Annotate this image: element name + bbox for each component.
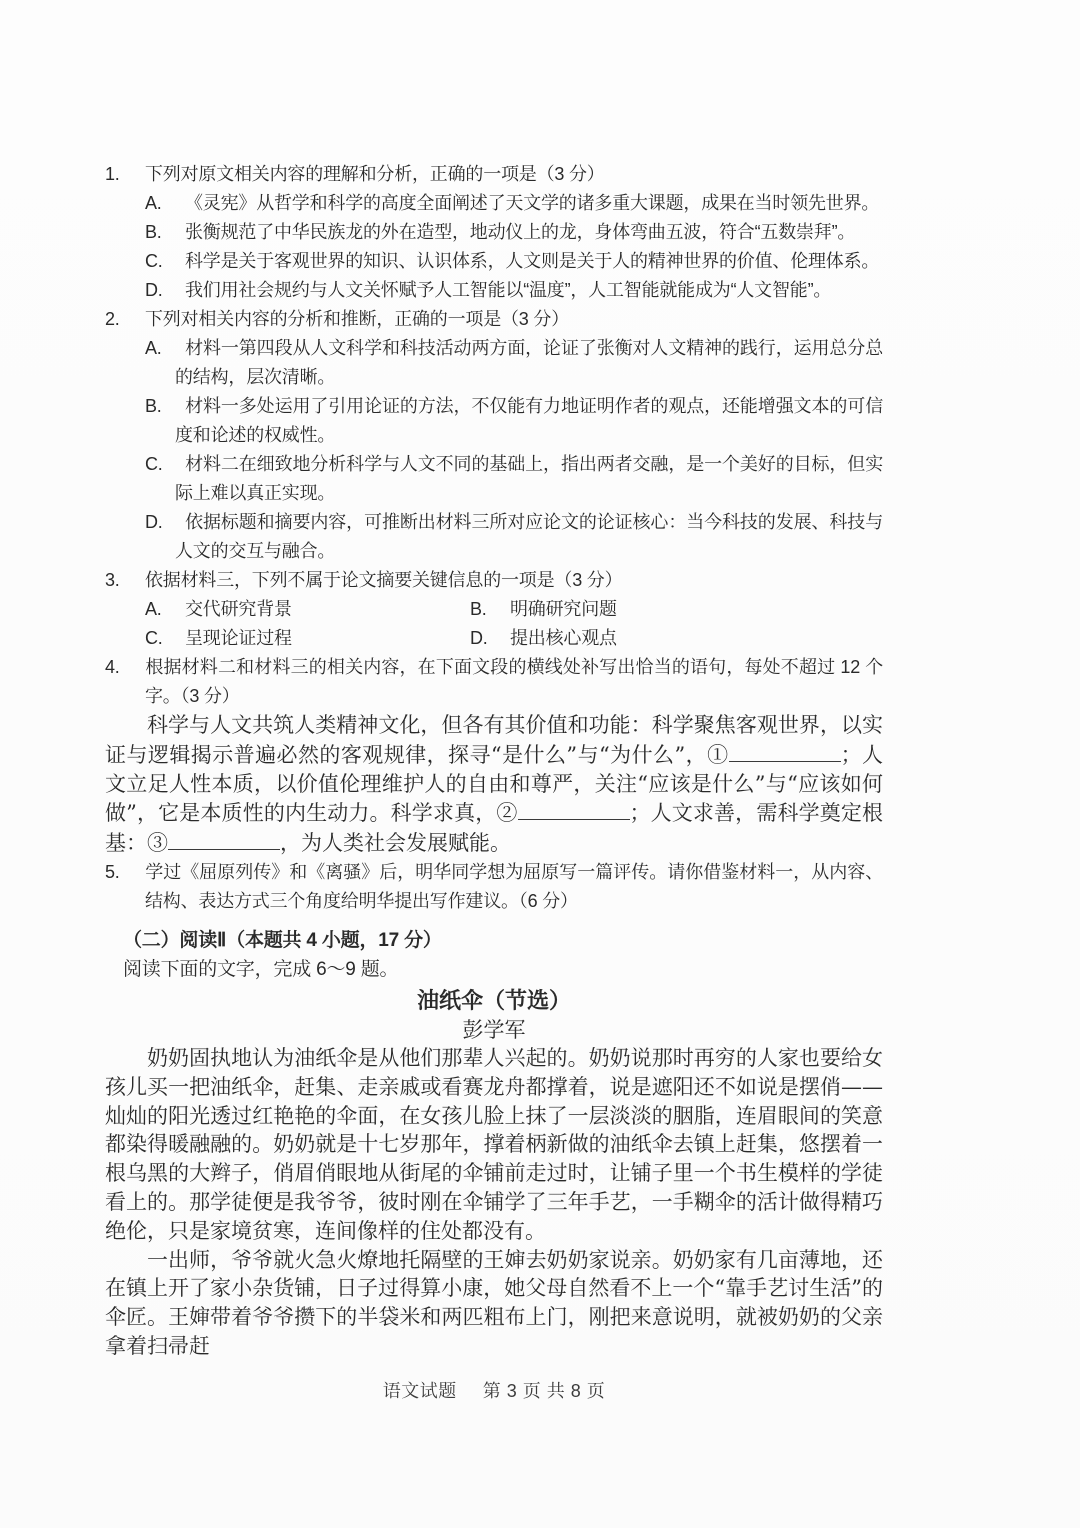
option-d-text: 我们用社会规约与人文关怀赋予人工智能以“温度”，人工智能就能成为“人文智能”。 xyxy=(185,280,831,300)
question-3: 3.依据材料三，下列不属于论文摘要关键信息的一项是（3 分） A.交代研究背景 … xyxy=(105,566,883,653)
footer-page-info: 第 3 页 共 8 页 xyxy=(483,1381,606,1401)
question-1-stem: 1.下列对原文相关内容的理解和分析，正确的一项是（3 分） xyxy=(105,160,883,189)
story-title: 油纸伞（节选） xyxy=(105,986,883,1016)
question-3-stem: 3.依据材料三，下列不属于论文摘要关键信息的一项是（3 分） xyxy=(105,566,883,595)
fill-in-blank-3 xyxy=(168,828,280,850)
option-a-label: A. xyxy=(145,334,185,363)
story-paragraph-1: 奶奶固执地认为油纸伞是从他们那辈人兴起的。奶奶说那时再穷的人家也要给女孩儿买一把… xyxy=(105,1044,883,1246)
question-2: 2.下列对相关内容的分析和推断，正确的一项是（3 分） A.材料一第四段从人文科… xyxy=(105,305,883,566)
question-2-stem-text: 下列对相关内容的分析和推断，正确的一项是（3 分） xyxy=(145,309,569,329)
option-a-text: 《灵宪》从哲学和科学的高度全面阐述了天文学的诸多重大课题，成果在当时领先世界。 xyxy=(185,193,879,213)
option-c-label: C. xyxy=(145,247,185,276)
question-4-number: 4. xyxy=(105,653,145,682)
section-reading-2: （二）阅读Ⅱ（本题共 4 小题，17 分） 阅读下面的文字，完成 6～9 题。 … xyxy=(105,926,883,1361)
option-d-text: 提出核心观点 xyxy=(510,628,617,648)
option-b-label: B. xyxy=(145,392,185,421)
fill-in-blank-1 xyxy=(729,740,841,762)
question-3-options-row-2: C.呈现论证过程 D.提出核心观点 xyxy=(105,624,883,653)
question-2-stem: 2.下列对相关内容的分析和推断，正确的一项是（3 分） xyxy=(105,305,883,334)
option-d-text: 依据标题和摘要内容，可推断出材料三所对应论文的论证核心：当今科技的发展、科技与人… xyxy=(175,512,883,561)
section-heading: （二）阅读Ⅱ（本题共 4 小题，17 分） xyxy=(105,926,883,955)
question-1-number: 1. xyxy=(105,160,145,189)
option-a-label: A. xyxy=(145,189,185,218)
option-d-label: D. xyxy=(470,624,510,653)
option-d-label: D. xyxy=(145,276,185,305)
option-d-label: D. xyxy=(145,508,185,537)
option-a-text: 材料一第四段从人文科学和科技活动两方面，论证了张衡对人文精神的践行，运用总分总的… xyxy=(175,338,883,387)
question-2-number: 2. xyxy=(105,305,145,334)
question-1-stem-text: 下列对原文相关内容的理解和分析，正确的一项是（3 分） xyxy=(145,164,605,184)
option-c-label: C. xyxy=(145,450,185,479)
question-3-option-c: C.呈现论证过程 xyxy=(145,624,470,653)
question-5-stem: 5.学过《屈原列传》和《离骚》后，明华同学想为屈原写一篇评传。请你借鉴材料一，从… xyxy=(105,858,883,916)
exam-paper-page: 1.下列对原文相关内容的理解和分析，正确的一项是（3 分） A.《灵宪》从哲学和… xyxy=(0,0,1080,1528)
story-paragraph-2: 一出师，爷爷就火急火燎地托隔壁的王婶去奶奶家说亲。奶奶家有几亩薄地，还在镇上开了… xyxy=(105,1246,883,1361)
question-4: 4.根据材料二和材料三的相关内容，在下面文段的横线处补写出恰当的语句，每处不超过… xyxy=(105,653,883,858)
option-b-text: 明确研究问题 xyxy=(510,599,617,619)
page-footer: 语文试题第 3 页 共 8 页 xyxy=(105,1377,883,1406)
question-3-option-a: A.交代研究背景 xyxy=(145,595,470,624)
question-2-option-c: C.材料二在细致地分析科学与人文不同的基础上，指出两者交融，是一个美好的目标，但… xyxy=(105,450,883,508)
question-1-option-a: A.《灵宪》从哲学和科学的高度全面阐述了天文学的诸多重大课题，成果在当时领先世界… xyxy=(105,189,883,218)
option-c-text: 呈现论证过程 xyxy=(185,628,292,648)
question-1-option-b: B.张衡规范了中华民族龙的外在造型，地动仪上的龙，身体弯曲五波，符合“五数崇拜”… xyxy=(105,218,883,247)
question-2-option-d: D.依据标题和摘要内容，可推断出材料三所对应论文的论证核心：当今科技的发展、科技… xyxy=(105,508,883,566)
question-4-stem-text: 根据材料二和材料三的相关内容，在下面文段的横线处补写出恰当的语句，每处不超过 1… xyxy=(145,657,883,706)
option-b-text: 张衡规范了中华民族龙的外在造型，地动仪上的龙，身体弯曲五波，符合“五数崇拜”。 xyxy=(185,222,855,242)
option-c-text: 材料二在细致地分析科学与人文不同的基础上，指出两者交融，是一个美好的目标，但实际… xyxy=(175,454,883,503)
question-4-fill-in-passage: 科学与人文共筑人类精神文化，但各有其价值和功能：科学聚焦客观世界，以实证与逻辑揭… xyxy=(105,711,883,858)
question-3-stem-text: 依据材料三，下列不属于论文摘要关键信息的一项是（3 分） xyxy=(145,570,622,590)
option-b-label: B. xyxy=(145,218,185,247)
question-5-stem-text: 学过《屈原列传》和《离骚》后，明华同学想为屈原写一篇评传。请你借鉴材料一，从内容… xyxy=(145,862,883,911)
question-4-stem: 4.根据材料二和材料三的相关内容，在下面文段的横线处补写出恰当的语句，每处不超过… xyxy=(105,653,883,711)
question-5: 5.学过《屈原列传》和《离骚》后，明华同学想为屈原写一篇评传。请你借鉴材料一，从… xyxy=(105,858,883,916)
question-1-option-c: C.科学是关于客观世界的知识、认识体系，人文则是关于人的精神世界的价值、伦理体系… xyxy=(105,247,883,276)
question-5-number: 5. xyxy=(105,858,145,887)
section-instruction: 阅读下面的文字，完成 6～9 题。 xyxy=(105,955,883,984)
option-b-text: 材料一多处运用了引用论证的方法，不仅能有力地证明作者的观点，还能增强文本的可信度… xyxy=(175,396,883,445)
footer-doc-label: 语文试题 xyxy=(383,1381,457,1401)
question-3-options-row-1: A.交代研究背景 B.明确研究问题 xyxy=(105,595,883,624)
passage-segment-4: ，为人类社会发展赋能。 xyxy=(280,831,511,855)
option-a-label: A. xyxy=(145,595,185,624)
page-content: 1.下列对原文相关内容的理解和分析，正确的一项是（3 分） A.《灵宪》从哲学和… xyxy=(105,160,883,1406)
question-1: 1.下列对原文相关内容的理解和分析，正确的一项是（3 分） A.《灵宪》从哲学和… xyxy=(105,160,883,305)
question-3-number: 3. xyxy=(105,566,145,595)
option-c-label: C. xyxy=(145,624,185,653)
story-author: 彭学军 xyxy=(105,1016,883,1044)
question-1-option-d: D.我们用社会规约与人文关怀赋予人工智能以“温度”，人工智能就能成为“人文智能”… xyxy=(105,276,883,305)
question-3-option-d: D.提出核心观点 xyxy=(470,624,795,653)
question-3-option-b: B.明确研究问题 xyxy=(470,595,795,624)
option-a-text: 交代研究背景 xyxy=(185,599,292,619)
option-c-text: 科学是关于客观世界的知识、认识体系，人文则是关于人的精神世界的价值、伦理体系。 xyxy=(185,251,879,271)
question-2-option-b: B.材料一多处运用了引用论证的方法，不仅能有力地证明作者的观点，还能增强文本的可… xyxy=(105,392,883,450)
question-2-option-a: A.材料一第四段从人文科学和科技活动两方面，论证了张衡对人文精神的践行，运用总分… xyxy=(105,334,883,392)
option-b-label: B. xyxy=(470,595,510,624)
fill-in-blank-2 xyxy=(518,798,630,820)
